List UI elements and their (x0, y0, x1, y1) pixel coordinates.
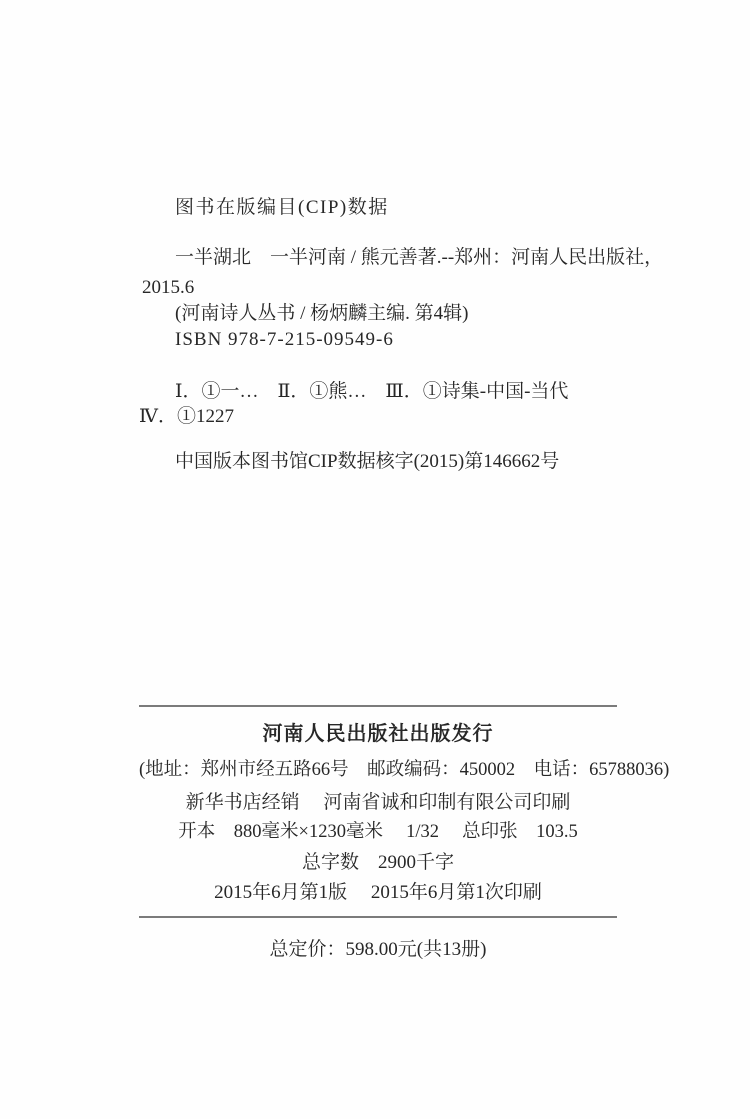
total-price-line: 总定价：598.00元(共13册) (139, 938, 617, 962)
cip-heading: 图书在版编目(CIP)数据 (175, 196, 389, 220)
cip-classification-line-2: Ⅳ．①1227 (139, 405, 234, 429)
cip-isbn: ISBN 978-7-215-09549-6 (175, 328, 394, 352)
edition-printing-line: 2015年6月第1版 2015年6月第1次印刷 (139, 881, 617, 905)
cip-entry-line-1: 一半湖北 一半河南 / 熊元善著.--郑州：河南人民出版社， (175, 246, 663, 270)
cip-series-note: (河南诗人丛书 / 杨炳麟主编. 第4辑) (175, 302, 468, 326)
format-sheets-line: 开本 880毫米×1230毫米 1/32 总印张 103.5 (139, 821, 617, 844)
distribution-printer-line: 新华书店经销 河南省诚和印制有限公司印刷 (139, 791, 617, 815)
word-count-line: 总字数 2900千字 (139, 851, 617, 875)
book-copyright-page: 图书在版编目(CIP)数据 一半湖北 一半河南 / 熊元善著.--郑州：河南人民… (0, 0, 750, 1119)
publisher-line: 河南人民出版社出版发行 (139, 722, 617, 747)
colophon-bottom-rule (139, 916, 617, 918)
cip-classification-line-1: Ⅰ．①一… Ⅱ．①熊… Ⅲ．①诗集-中国-当代 (175, 380, 568, 404)
cip-entry-line-2: 2015.6 (142, 276, 194, 300)
cip-record-number: 中国版本图书馆CIP数据核字(2015)第146662号 (175, 450, 559, 474)
publisher-address-line: (地址：郑州市经五路66号 邮政编码：450002 电话：65788036) (139, 759, 617, 782)
colophon-top-rule (139, 705, 617, 707)
